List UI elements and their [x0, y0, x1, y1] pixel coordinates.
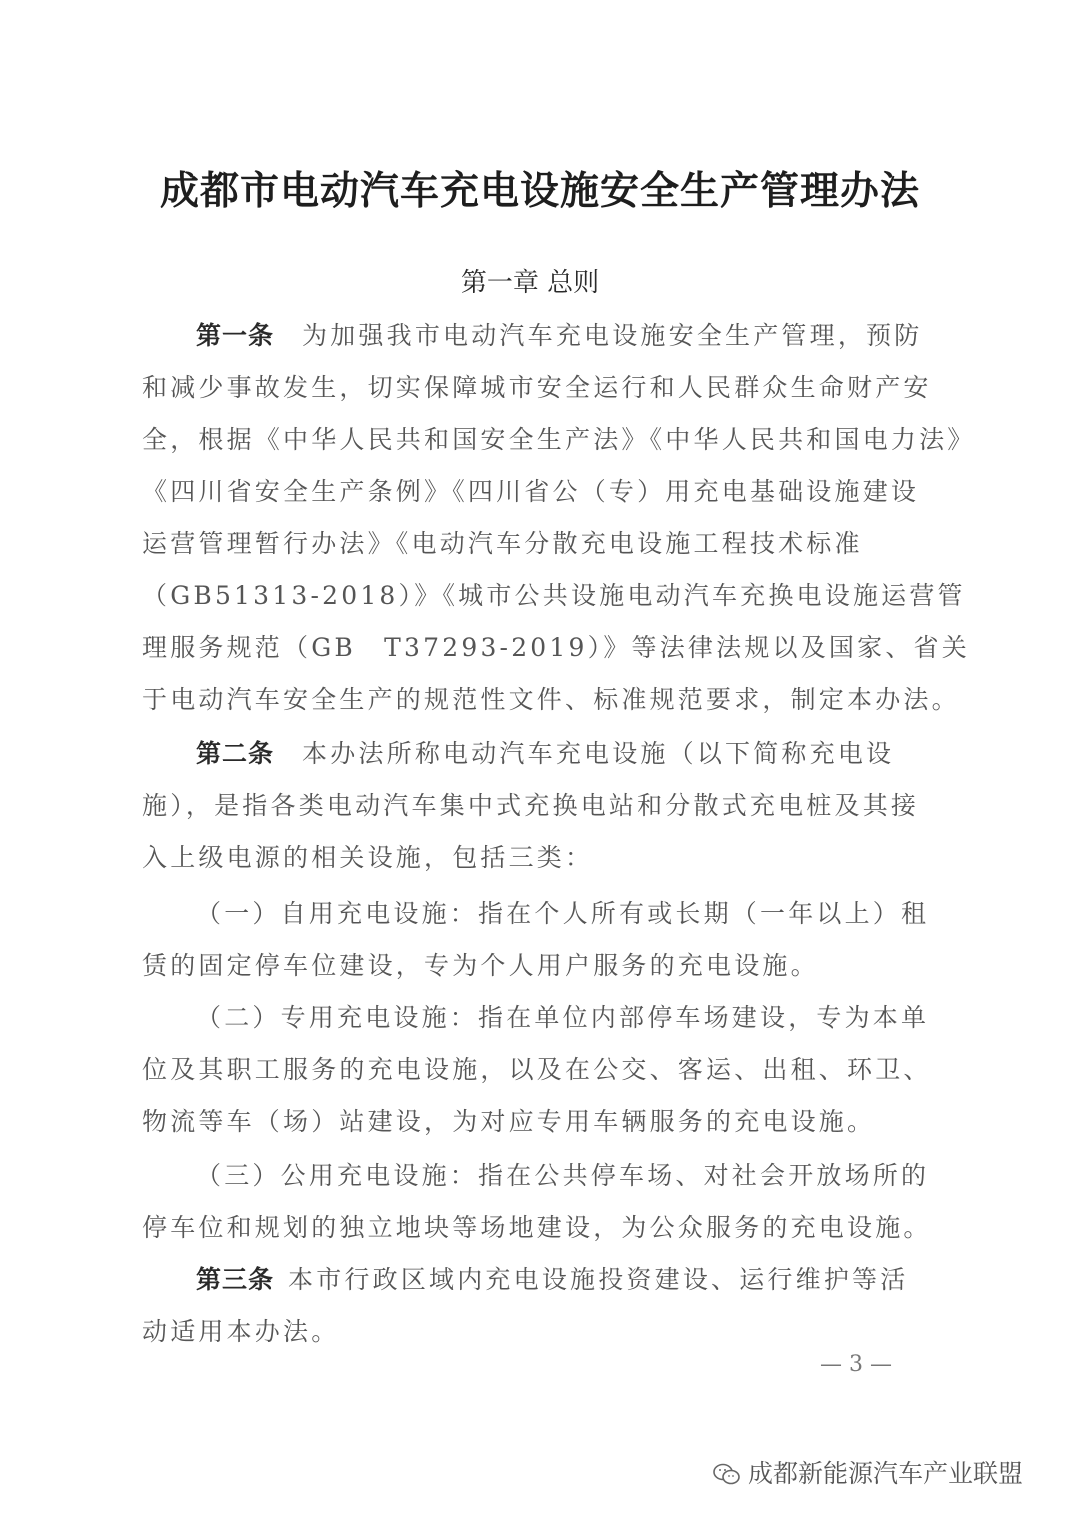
- article-2-line: 第二条本办法所称电动汽车充电设施（以下简称充电设: [196, 734, 910, 774]
- article-1-line: 全，根据《中华人民共和国安全生产法》《中华人民共和国电力法》: [142, 420, 910, 460]
- wechat-icon: [712, 1462, 742, 1488]
- article-2-line: 施），是指各类电动汽车集中式充换电站和分散式充电桩及其接: [142, 786, 910, 826]
- article-3-line: 动适用本办法。: [142, 1312, 910, 1352]
- chapter-heading: 第一章 总则: [0, 262, 1060, 299]
- article-2-line: 入上级电源的相关设施，包括三类：: [142, 838, 910, 878]
- article-3-line: 第三条本市行政区域内充电设施投资建设、运行维护等活: [196, 1260, 910, 1300]
- page-number: — 3 —: [820, 1352, 892, 1377]
- article-1-line: 第一条为加强我市电动汽车充电设施安全生产管理，预防: [196, 316, 910, 356]
- item-3-line: 停车位和规划的独立地块等场地建设，为公众服务的充电设施。: [142, 1208, 910, 1248]
- article-1-line: 《四川省安全生产条例》《四川省公（专）用充电基础设施建设: [142, 472, 910, 512]
- item-2-line: 位及其职工服务的充电设施，以及在公交、客运、出租、环卫、: [142, 1050, 910, 1090]
- article-1-line: 理服务规范（GB T37293-2019）》等法律法规以及国家、省关: [142, 628, 910, 668]
- item-1-line: 赁的固定停车位建设，专为个人用户服务的充电设施。: [142, 946, 910, 986]
- item-2-line: 物流等车（场）站建设，为对应专用车辆服务的充电设施。: [142, 1102, 910, 1142]
- item-1-line: （一）自用充电设施：指在个人所有或长期（一年以上）租: [196, 894, 910, 934]
- item-3-line: （三）公用充电设施：指在公共停车场、对社会开放场所的: [196, 1156, 910, 1196]
- article-1-line: 和减少事故发生，切实保障城市安全运行和人民群众生命财产安: [142, 368, 910, 408]
- article-1-line: 运营管理暂行办法》《电动汽车分散充电设施工程技术标准: [142, 524, 910, 564]
- article-1-line: 于电动汽车安全生产的规范性文件、标准规范要求，制定本办法。: [142, 680, 910, 720]
- article-1-line: （GB51313-2018）》《城市公共设施电动汽车充换电设施运营管: [142, 576, 910, 616]
- article-text: 本市行政区域内充电设施投资建设、运行维护等活: [288, 1265, 908, 1294]
- article-text: 为加强我市电动汽车充电设施安全生产管理，预防: [302, 321, 922, 350]
- article-3-label: 第三条: [196, 1265, 274, 1294]
- article-2-label: 第二条: [196, 739, 274, 768]
- article-1-label: 第一条: [196, 321, 274, 350]
- article-text: 本办法所称电动汽车充电设施（以下简称充电设: [302, 739, 894, 768]
- item-2-line: （二）专用充电设施：指在单位内部停车场建设，专为本单: [196, 998, 910, 1038]
- watermark: 成都新能源汽车产业联盟: [712, 1454, 1023, 1490]
- watermark-text: 成都新能源汽车产业联盟: [748, 1459, 1023, 1488]
- document-title: 成都市电动汽车充电设施安全生产管理办法: [0, 160, 1080, 216]
